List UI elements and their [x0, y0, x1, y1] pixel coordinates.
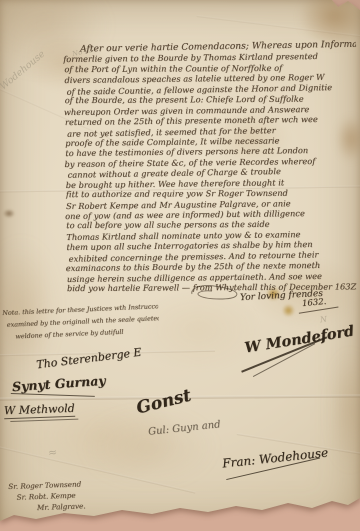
manuscript-scan: Wodehouse No 23 N ≈ After our verie hart… — [0, 0, 360, 531]
signature-flourish: Gonst — [134, 386, 193, 419]
stain — [3, 209, 15, 218]
pencil-scribble: ≈ — [47, 445, 58, 459]
pencil-right-mark: N — [320, 315, 328, 325]
signature-methwold: W Methwold — [4, 402, 75, 419]
signature-sterenberge: Tho Sterenberge E — [36, 346, 143, 372]
ink-flourish-doodle — [188, 282, 242, 302]
signature-mondeford: W Mondeford — [243, 322, 355, 356]
docket-note: Sr. Roger Townsend Sr. Robt. Kempe Mr. P… — [8, 478, 86, 514]
signature-wodehouse: Fran: Wodehouse — [222, 445, 329, 470]
marginal-note: Nota. this lettre for these Justices wth… — [2, 300, 159, 343]
pencil-corner-note: Wodehouse — [0, 49, 47, 93]
letter-line: fitt to authorize and require yow Sr Rog… — [66, 187, 356, 199]
crease-line — [197, 15, 360, 39]
signature-gurnay: Synyt Gurnay — [12, 373, 106, 394]
paper-sheet: Wodehouse No 23 N ≈ After our verie hart… — [0, 0, 360, 531]
signature-guyn: Gul: Guyn and — [148, 419, 221, 438]
date-mark: 1632. — [302, 297, 327, 309]
stain — [282, 304, 295, 317]
letter-body: After our verie hartie Comendacons; Wher… — [64, 40, 357, 294]
letter-line: of the Port of Lyn within the Countie of… — [64, 62, 354, 74]
stain — [330, 350, 360, 470]
